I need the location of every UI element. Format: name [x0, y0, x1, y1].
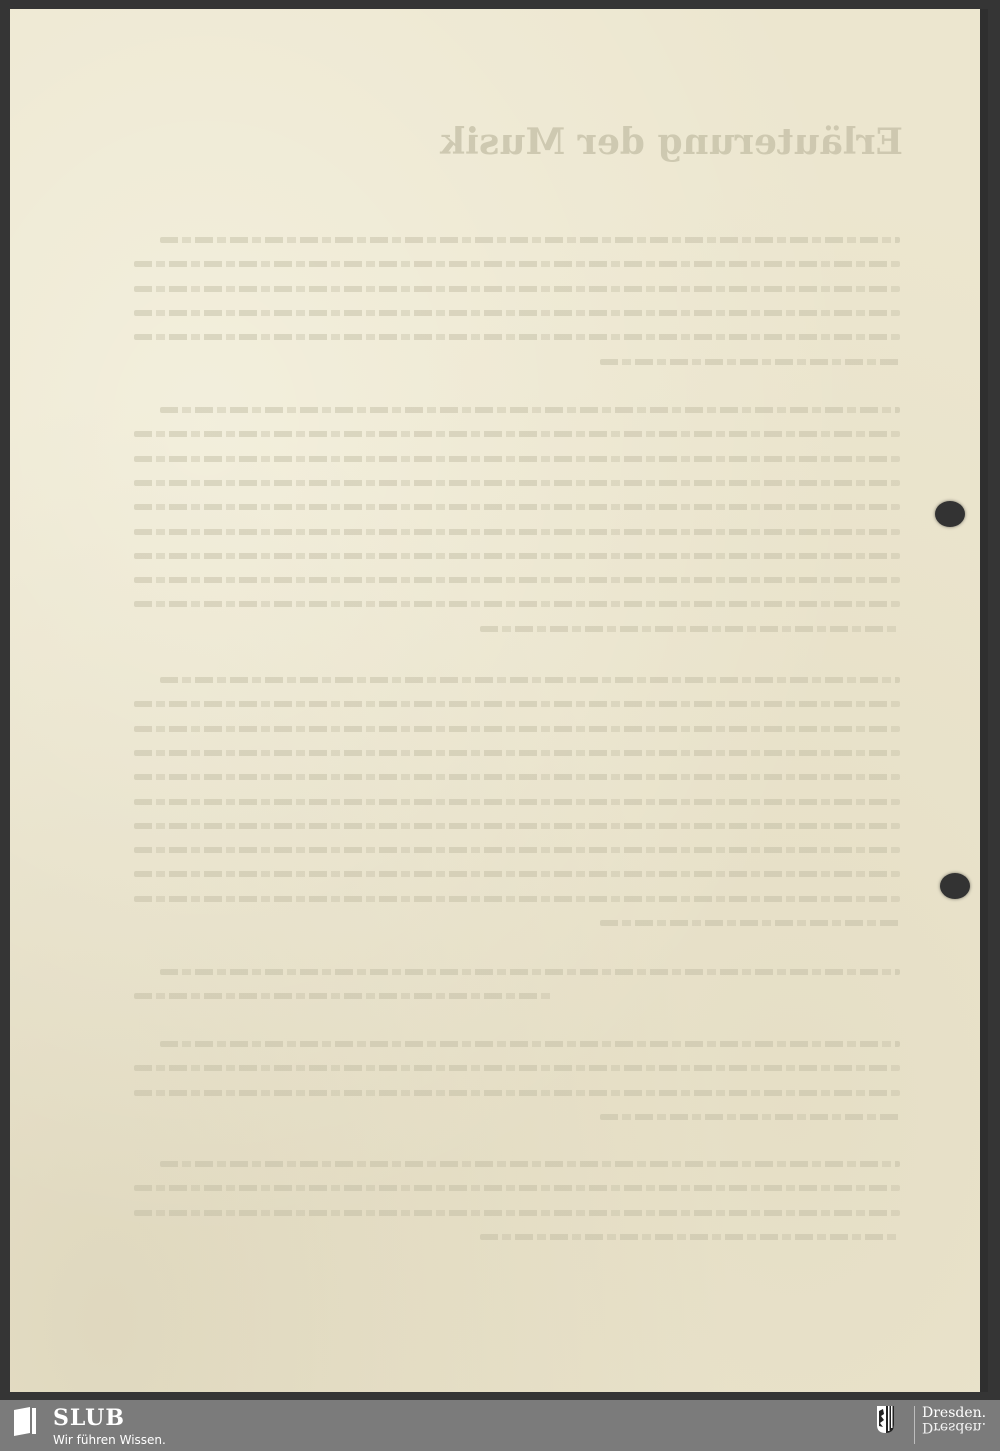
dresden-wordmark: Dresden. — [922, 1406, 986, 1420]
punch-hole-upper — [935, 501, 965, 527]
bleed-through-line — [160, 1161, 900, 1167]
bleed-through-line — [134, 431, 900, 437]
bleed-through-line — [160, 1041, 900, 1047]
bleed-through-line — [134, 896, 900, 902]
bleed-through-line — [134, 701, 900, 707]
bleed-through-line — [134, 261, 900, 267]
bleed-through-line — [134, 553, 900, 559]
bleed-through-line — [134, 799, 900, 805]
footer-divider — [914, 1406, 915, 1444]
footer-bar: SLUB Wir führen Wissen. Dresden. Dresden… — [0, 1400, 1000, 1451]
dresden-coat-of-arms-icon — [877, 1406, 894, 1433]
bleed-through-line — [600, 359, 900, 365]
bleed-through-line — [600, 1114, 900, 1120]
library-tagline: Wir führen Wissen. — [53, 1433, 166, 1447]
bleed-through-line — [134, 774, 900, 780]
bleed-through-line — [134, 334, 900, 340]
bleed-through-line — [480, 1234, 900, 1240]
bleed-through-line — [600, 920, 900, 926]
bleed-through-line — [134, 1210, 900, 1216]
bleed-through-line — [134, 310, 900, 316]
bleed-through-line — [480, 626, 900, 632]
bleed-through-line — [134, 577, 900, 583]
bleed-through-line — [134, 504, 900, 510]
book-icon — [12, 1406, 38, 1436]
bleed-through-line — [160, 237, 900, 243]
bleed-through-line — [134, 1065, 900, 1071]
scan-frame: Erläuterung der Musik — [0, 0, 1000, 1400]
library-name: SLUB — [53, 1405, 125, 1431]
bleed-through-line — [134, 847, 900, 853]
dresden-wordmark-reflection: Dresden. — [922, 1420, 986, 1434]
bleed-through-line — [134, 871, 900, 877]
bleed-through-line — [134, 750, 900, 756]
bleed-through-line — [160, 969, 900, 975]
punch-hole-lower — [940, 873, 970, 899]
bleed-through-line — [134, 823, 900, 829]
bleed-through-line — [134, 1090, 900, 1096]
bleed-through-line — [160, 677, 900, 683]
bleed-through-line — [160, 407, 900, 413]
bleed-through-line — [134, 1185, 900, 1191]
bleed-through-line — [134, 726, 900, 732]
bleed-through-line — [134, 480, 900, 486]
bleed-through-line — [134, 286, 900, 292]
paper-edge — [980, 9, 988, 1392]
bleed-through-line — [134, 601, 900, 607]
bleed-through-line — [134, 529, 900, 535]
scanned-page: Erläuterung der Musik — [10, 9, 988, 1392]
bleed-through-line — [134, 456, 900, 462]
bleed-through-line — [134, 993, 554, 999]
bleed-through-title: Erläuterung der Musik — [508, 121, 903, 163]
